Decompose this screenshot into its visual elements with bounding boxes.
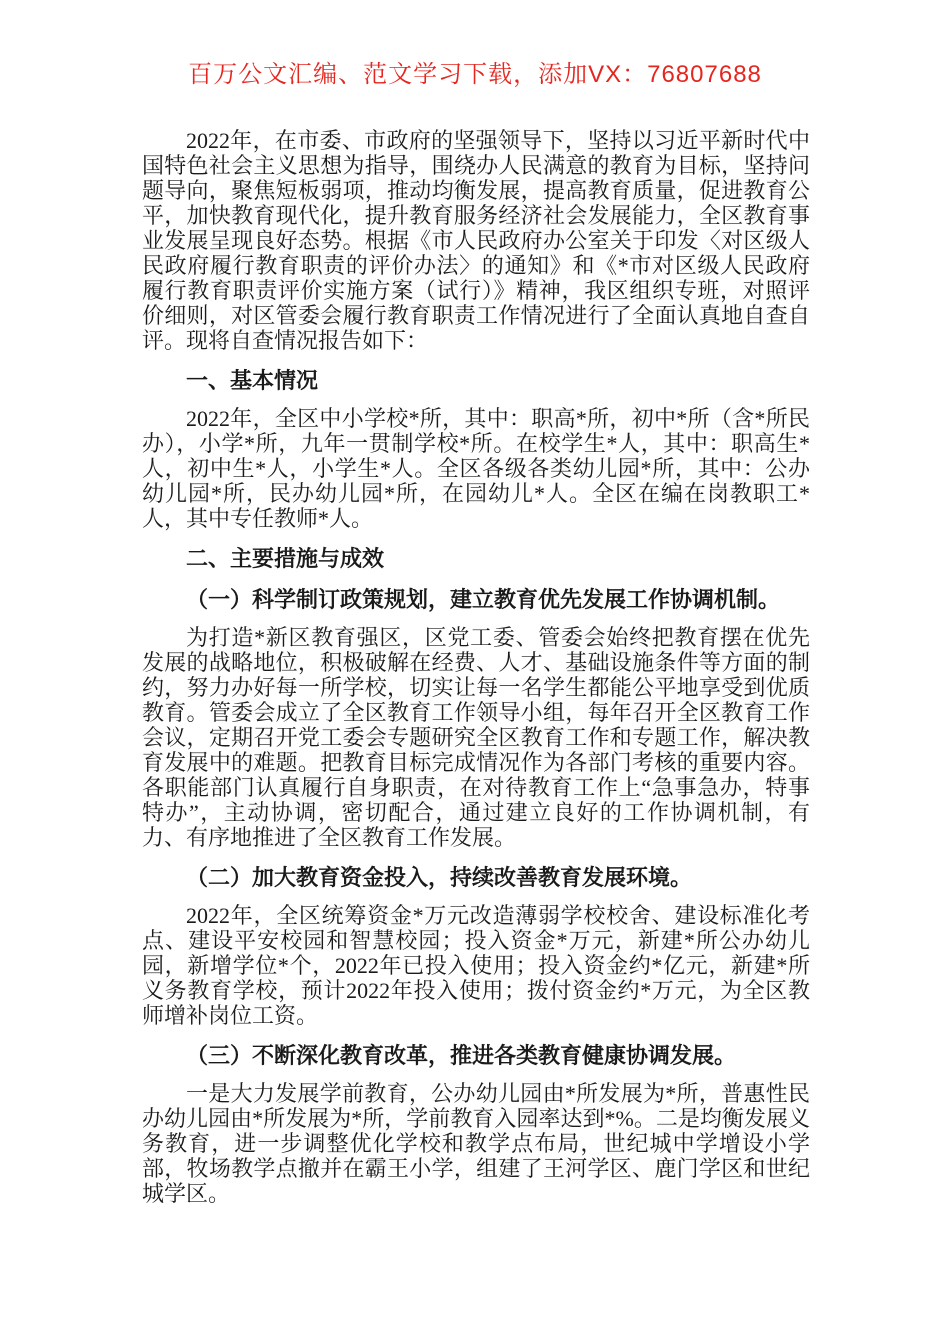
paragraph-basic-info: 2022年，全区中小学校*所，其中：职高*所，初中*所（含*所民办），小学*所，…	[142, 406, 810, 531]
heading-sub-3-reform: （三）不断深化教育改革，推进各类教育健康协调发展。	[142, 1043, 810, 1069]
paragraph-measure-3: 一是大力发展学前教育，公办幼儿园由*所发展为*所，普惠性民办幼儿园由*所发展为*…	[142, 1081, 810, 1206]
promo-banner-text: 百万公文汇编、范文学习下载，添加VX：76807688	[0, 0, 950, 90]
paragraph-measure-2: 2022年，全区统筹资金*万元改造薄弱学校校舍、建设标准化考点、建设平安校园和智…	[142, 903, 810, 1028]
heading-sub-1-policy-planning: （一）科学制订政策规划，建立教育优先发展工作协调机制。	[142, 587, 810, 613]
heading-section-1-basic-info: 一、基本情况	[142, 368, 810, 394]
document-body: 2022年，在市委、市政府的坚强领导下，坚持以习近平新时代中国特色社会主义思想为…	[142, 128, 810, 1206]
heading-sub-2-funding: （二）加大教育资金投入，持续改善教育发展环境。	[142, 865, 810, 891]
document-page: 百万公文汇编、范文学习下载，添加VX：76807688 2022年，在市委、市政…	[0, 0, 950, 1344]
heading-section-2-measures: 二、主要措施与成效	[142, 546, 810, 572]
paragraph-intro: 2022年，在市委、市政府的坚强领导下，坚持以习近平新时代中国特色社会主义思想为…	[142, 128, 810, 353]
paragraph-measure-1: 为打造*新区教育强区，区党工委、管委会始终把教育摆在优先发展的战略地位，积极破解…	[142, 625, 810, 850]
